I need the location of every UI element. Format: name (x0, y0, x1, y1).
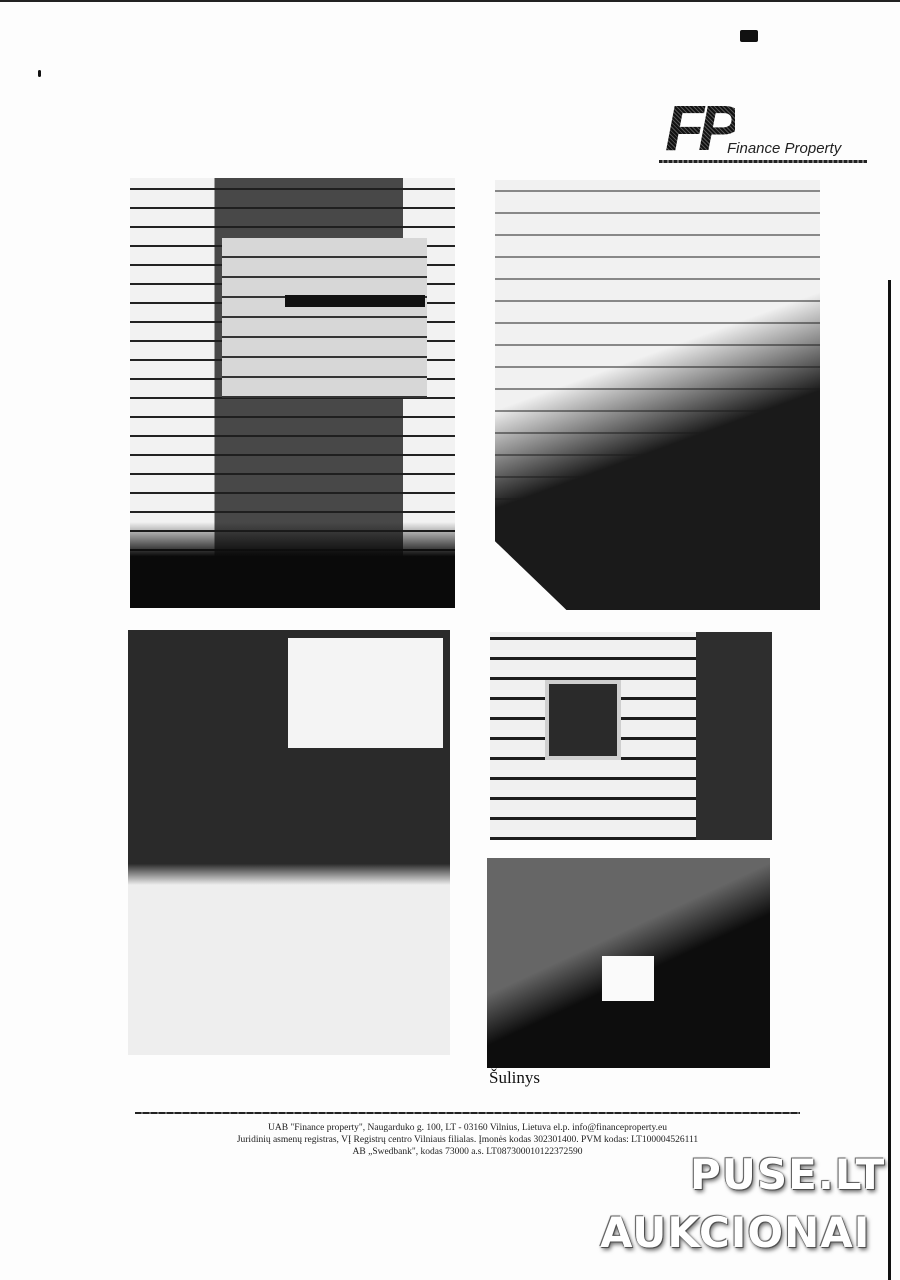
watermark-line2: AUKCIONAI (600, 1208, 870, 1257)
scan-right-edge (888, 280, 891, 1280)
logo-underline (659, 160, 867, 163)
photo-interior-debris (128, 630, 450, 1055)
well-caption: Šulinys (489, 1068, 540, 1088)
scan-speck (740, 30, 758, 42)
watermark-line1: PUSE.LT (690, 1150, 885, 1199)
footer-divider (135, 1112, 800, 1114)
photo-brick-window (490, 632, 772, 840)
logo-mark: FP (665, 98, 735, 158)
finance-property-logo: FP Finance Property (655, 98, 870, 166)
scan-top-edge (0, 0, 900, 2)
logo-name: Finance Property (727, 140, 841, 157)
photo-door (130, 178, 455, 608)
footer-registry: Juridinių asmenų registras, VĮ Registrų … (135, 1134, 800, 1146)
footer-address: UAB "Finance property", Naugarduko g. 10… (135, 1122, 800, 1134)
scan-speck (38, 70, 41, 77)
photo-building-corner (495, 180, 820, 610)
photo-well (487, 858, 770, 1068)
